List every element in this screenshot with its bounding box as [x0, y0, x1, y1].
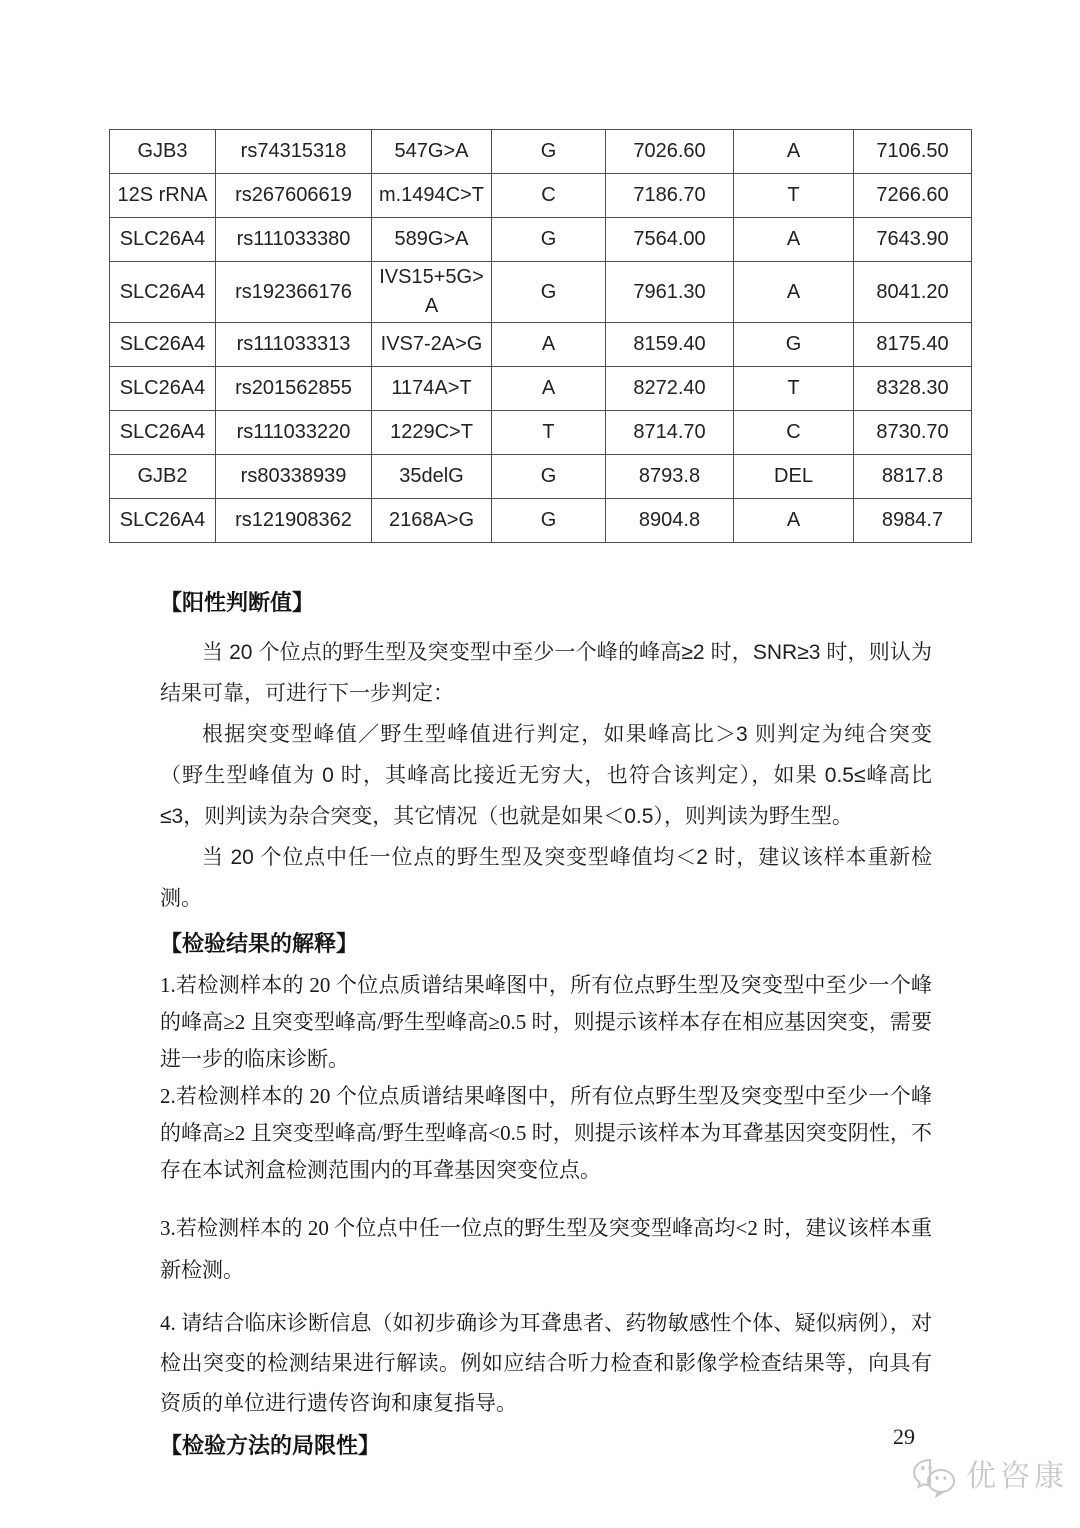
table-row: GJB3rs74315318547G>AG7026.60A7106.50 [110, 130, 972, 174]
table-cell: 8793.8 [606, 455, 734, 499]
table-row: GJB2rs8033893935delGG8793.8DEL8817.8 [110, 455, 972, 499]
table-cell: 7564.00 [606, 218, 734, 262]
document-page: GJB3rs74315318547G>AG7026.60A7106.5012S … [0, 0, 1080, 1528]
results-table-body: GJB3rs74315318547G>AG7026.60A7106.5012S … [110, 130, 972, 543]
table-cell: 8714.70 [606, 411, 734, 455]
table-cell: SLC26A4 [110, 411, 216, 455]
table-cell: rs121908362 [216, 499, 372, 543]
table-row: SLC26A4rs2015628551174A>TA8272.40T8328.3… [110, 367, 972, 411]
table-cell: SLC26A4 [110, 499, 216, 543]
table-row: SLC26A4rs1219083622168A>GG8904.8A8984.7 [110, 499, 972, 543]
table-cell: 547G>A [372, 130, 492, 174]
table-cell: DEL [734, 455, 854, 499]
watermark: 优咨康 [908, 1455, 1068, 1499]
table-row: SLC26A4rs111033313IVS7-2A>GA8159.40G8175… [110, 323, 972, 367]
table-cell: rs111033380 [216, 218, 372, 262]
results-table-container: GJB3rs74315318547G>AG7026.60A7106.5012S … [109, 129, 971, 543]
paragraph: 根据突变型峰值／野生型峰值进行判定，如果峰高比＞3 则判定为纯合突变（野生型峰值… [160, 714, 932, 837]
table-row: SLC26A4rs111033380589G>AG7564.00A7643.90 [110, 218, 972, 262]
table-cell: 2168A>G [372, 499, 492, 543]
document-body: 【阳性判断值】 当 20 个位点的野生型及突变型中至少一个峰的峰高≥2 时，SN… [160, 588, 932, 1461]
table-cell: rs267606619 [216, 174, 372, 218]
table-cell: 7026.60 [606, 130, 734, 174]
numbered-item: 3.若检测样本的 20 个位点中任一位点的野生型及突变型峰高均<2 时，建议该样… [160, 1207, 932, 1291]
table-cell: 8984.7 [854, 499, 972, 543]
table-cell: 35delG [372, 455, 492, 499]
table-row: 12S rRNArs267606619m.1494C>TC7186.70T726… [110, 174, 972, 218]
table-cell: 12S rRNA [110, 174, 216, 218]
table-cell: 8175.40 [854, 323, 972, 367]
table-cell: IVS15+5G> A [372, 262, 492, 323]
table-cell: A [492, 367, 606, 411]
table-cell: 7266.60 [854, 174, 972, 218]
page-number: 29 [893, 1424, 915, 1450]
table-cell: 7186.70 [606, 174, 734, 218]
table-cell: rs74315318 [216, 130, 372, 174]
table-cell: A [734, 130, 854, 174]
table-cell: T [492, 411, 606, 455]
table-cell: GJB2 [110, 455, 216, 499]
table-cell: 7643.90 [854, 218, 972, 262]
table-cell: 8328.30 [854, 367, 972, 411]
section-heading-result-interpretation: 【检验结果的解释】 [160, 929, 932, 959]
results-table: GJB3rs74315318547G>AG7026.60A7106.5012S … [109, 129, 972, 543]
table-cell: T [734, 367, 854, 411]
table-cell: 7106.50 [854, 130, 972, 174]
table-cell: m.1494C>T [372, 174, 492, 218]
table-cell: rs111033313 [216, 323, 372, 367]
watermark-text: 优咨康 [966, 1462, 1068, 1492]
table-cell: rs201562855 [216, 367, 372, 411]
table-cell: rs80338939 [216, 455, 372, 499]
table-cell: SLC26A4 [110, 262, 216, 323]
table-cell: rs111033220 [216, 411, 372, 455]
table-cell: SLC26A4 [110, 218, 216, 262]
table-cell: 7961.30 [606, 262, 734, 323]
numbered-item: 1.若检测样本的 20 个位点质谱结果峰图中，所有位点野生型及突变型中至少一个峰… [160, 967, 932, 1078]
table-cell: A [734, 262, 854, 323]
table-cell: 1229C>T [372, 411, 492, 455]
section-heading-method-limitations: 【检验方法的局限性】 [160, 1431, 932, 1461]
table-row: SLC26A4rs1110332201229C>TT8714.70C8730.7… [110, 411, 972, 455]
table-cell: A [492, 323, 606, 367]
table-cell: G [492, 130, 606, 174]
table-cell: 8272.40 [606, 367, 734, 411]
table-cell: 8730.70 [854, 411, 972, 455]
table-cell: SLC26A4 [110, 323, 216, 367]
table-cell: G [492, 218, 606, 262]
table-cell: 8817.8 [854, 455, 972, 499]
table-cell: SLC26A4 [110, 367, 216, 411]
table-cell: 589G>A [372, 218, 492, 262]
table-cell: A [734, 218, 854, 262]
table-cell: rs192366176 [216, 262, 372, 323]
table-cell: 8904.8 [606, 499, 734, 543]
paragraph: 当 20 个位点的野生型及突变型中至少一个峰的峰高≥2 时，SNR≥3 时，则认… [160, 632, 932, 714]
table-cell: 8159.40 [606, 323, 734, 367]
numbered-item: 2.若检测样本的 20 个位点质谱结果峰图中，所有位点野生型及突变型中至少一个峰… [160, 1078, 932, 1189]
table-row: SLC26A4rs192366176IVS15+5G> AG7961.30A80… [110, 262, 972, 323]
table-cell: IVS7-2A>G [372, 323, 492, 367]
table-cell: G [734, 323, 854, 367]
table-cell: T [734, 174, 854, 218]
table-cell: G [492, 455, 606, 499]
numbered-item: 4. 请结合临床诊断信息（如初步确诊为耳聋患者、药物敏感性个体、疑似病例），对检… [160, 1303, 932, 1423]
table-cell: C [734, 411, 854, 455]
table-cell: C [492, 174, 606, 218]
paragraph: 当 20 个位点中任一位点的野生型及突变型峰值均＜2 时，建议该样本重新检测。 [160, 837, 932, 919]
table-cell: A [734, 499, 854, 543]
table-cell: 8041.20 [854, 262, 972, 323]
section-heading-positive-threshold: 【阳性判断值】 [160, 588, 932, 618]
table-cell: GJB3 [110, 130, 216, 174]
wechat-chat-bubbles-icon [908, 1455, 960, 1499]
table-cell: G [492, 262, 606, 323]
table-cell: G [492, 499, 606, 543]
table-cell: 1174A>T [372, 367, 492, 411]
